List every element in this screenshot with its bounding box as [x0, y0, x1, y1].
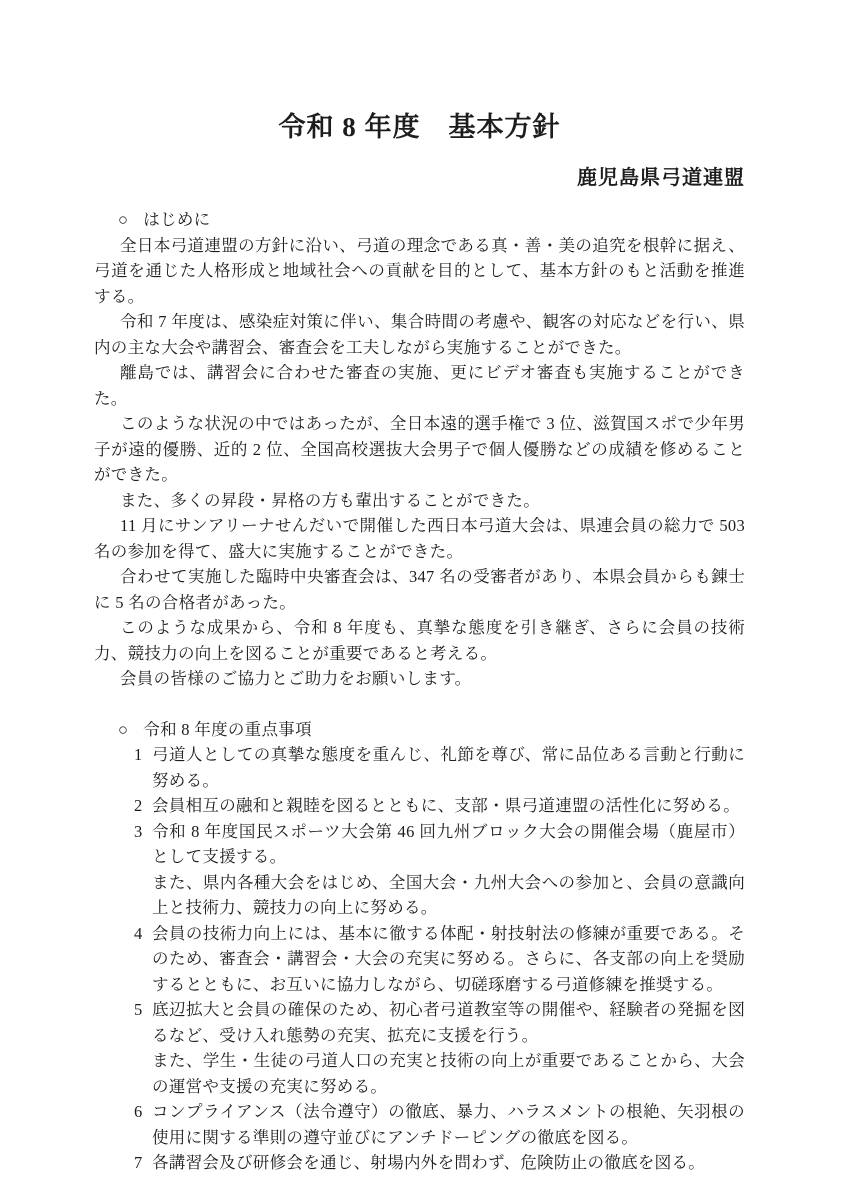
- item-number: 7: [134, 1150, 152, 1176]
- item-number: 2: [134, 793, 152, 819]
- circle-marker-icon: ○: [118, 207, 128, 233]
- introduction-paragraphs: 全日本弓道連盟の方針に沿い、弓道の理念である真・善・美の追究を根幹に据え、弓道を…: [94, 233, 745, 692]
- section-heading-priority-matters: 令和 8 年度の重点事項: [143, 720, 312, 739]
- section-heading-row: ○令和 8 年度の重点事項: [94, 717, 745, 743]
- priority-item: 2会員相互の融和と親睦を図るとともに、支部・県弓道連盟の活性化に努める。: [94, 793, 745, 819]
- body-paragraph: 11 月にサンアリーナせんだいで開催した西日本弓道大会は、県連会員の総力で 50…: [94, 513, 745, 564]
- body-paragraph: このような成果から、令和 8 年度も、真摯な態度を引き継ぎ、さらに会員の技術力、…: [94, 615, 745, 666]
- priority-items-list: 1弓道人としての真摯な態度を重んじ、礼節を尊び、常に品位ある言動と行動に努める。…: [94, 742, 745, 1176]
- item-paragraph: 弓道人としての真摯な態度を重んじ、礼節を尊び、常に品位ある言動と行動に努める。: [152, 742, 745, 793]
- item-paragraph: また、県内各種大会をはじめ、全国大会・九州大会への参加と、会員の意識向上と技術力…: [152, 870, 745, 921]
- body-paragraph: また、多くの昇段・昇格の方も輩出することができた。: [94, 488, 745, 514]
- page-title: 令和 8 年度 基本方針: [94, 110, 745, 144]
- priority-item: 5底辺拡大と会員の確保のため、初心者弓道教室等の開催や、経験者の発掘を図るなど、…: [94, 997, 745, 1099]
- document-content: 令和 8 年度 基本方針 鹿児島県弓道連盟 ○はじめに 全日本弓道連盟の方針に沿…: [94, 110, 745, 1176]
- document-page: 令和 8 年度 基本方針 鹿児島県弓道連盟 ○はじめに 全日本弓道連盟の方針に沿…: [0, 0, 849, 1200]
- body-paragraph: 会員の皆様のご協力とご助力をお願いします。: [94, 666, 745, 692]
- body-paragraph: 全日本弓道連盟の方針に沿い、弓道の理念である真・善・美の追究を根幹に据え、弓道を…: [94, 233, 745, 310]
- section-heading-introduction: はじめに: [143, 210, 210, 229]
- item-number: 6: [134, 1099, 152, 1125]
- priority-item: 7各講習会及び研修会を通じ、射場内外を問わず、危険防止の徹底を図る。: [94, 1150, 745, 1176]
- item-paragraph: 各講習会及び研修会を通じ、射場内外を問わず、危険防止の徹底を図る。: [152, 1150, 745, 1176]
- body-paragraph: 離島では、講習会に合わせた審査の実施、更にビデオ審査も実施することができた。: [94, 360, 745, 411]
- section-priority-matters: ○令和 8 年度の重点事項 1弓道人としての真摯な態度を重んじ、礼節を尊び、常に…: [94, 717, 745, 1176]
- body-paragraph: 合わせて実施した臨時中央審査会は、347 名の受審者があり、本県会員からも錬士に…: [94, 564, 745, 615]
- item-paragraph: 令和 8 年度国民スポーツ大会第 46 回九州ブロック大会の開催会場（鹿屋市）と…: [152, 819, 745, 870]
- circle-marker-icon: ○: [118, 717, 128, 743]
- body-paragraph: 令和 7 年度は、感染症対策に伴い、集合時間の考慮や、観客の対応などを行い、県内…: [94, 309, 745, 360]
- priority-item: 6コンプライアンス（法令遵守）の徹底、暴力、ハラスメントの根絶、矢羽根の使用に関…: [94, 1099, 745, 1150]
- item-paragraph: また、学生・生徒の弓道人口の充実と技術の向上が重要であることから、大会の運営や支…: [152, 1048, 745, 1099]
- priority-item: 4会員の技術力向上には、基本に徹する体配・射技射法の修練が重要である。そのため、…: [94, 921, 745, 998]
- body-paragraph: このような状況の中ではあったが、全日本遠的選手権で 3 位、滋賀国スポで少年男子…: [94, 411, 745, 488]
- item-number: 5: [134, 997, 152, 1023]
- item-paragraph: 会員相互の融和と親睦を図るとともに、支部・県弓道連盟の活性化に努める。: [152, 793, 745, 819]
- item-paragraph: 底辺拡大と会員の確保のため、初心者弓道教室等の開催や、経験者の発掘を図るなど、受…: [152, 997, 745, 1048]
- priority-item: 3令和 8 年度国民スポーツ大会第 46 回九州ブロック大会の開催会場（鹿屋市）…: [94, 819, 745, 921]
- priority-item: 1弓道人としての真摯な態度を重んじ、礼節を尊び、常に品位ある言動と行動に努める。: [94, 742, 745, 793]
- item-number: 4: [134, 921, 152, 947]
- item-paragraph: コンプライアンス（法令遵守）の徹底、暴力、ハラスメントの根絶、矢羽根の使用に関す…: [152, 1099, 745, 1150]
- item-paragraph: 会員の技術力向上には、基本に徹する体配・射技射法の修練が重要である。そのため、審…: [152, 921, 745, 998]
- item-number: 1: [134, 742, 152, 768]
- organization-name: 鹿児島県弓道連盟: [94, 165, 745, 191]
- item-number: 3: [134, 819, 152, 845]
- section-introduction: ○はじめに 全日本弓道連盟の方針に沿い、弓道の理念である真・善・美の追究を根幹に…: [94, 207, 745, 692]
- section-heading-row: ○はじめに: [94, 207, 745, 233]
